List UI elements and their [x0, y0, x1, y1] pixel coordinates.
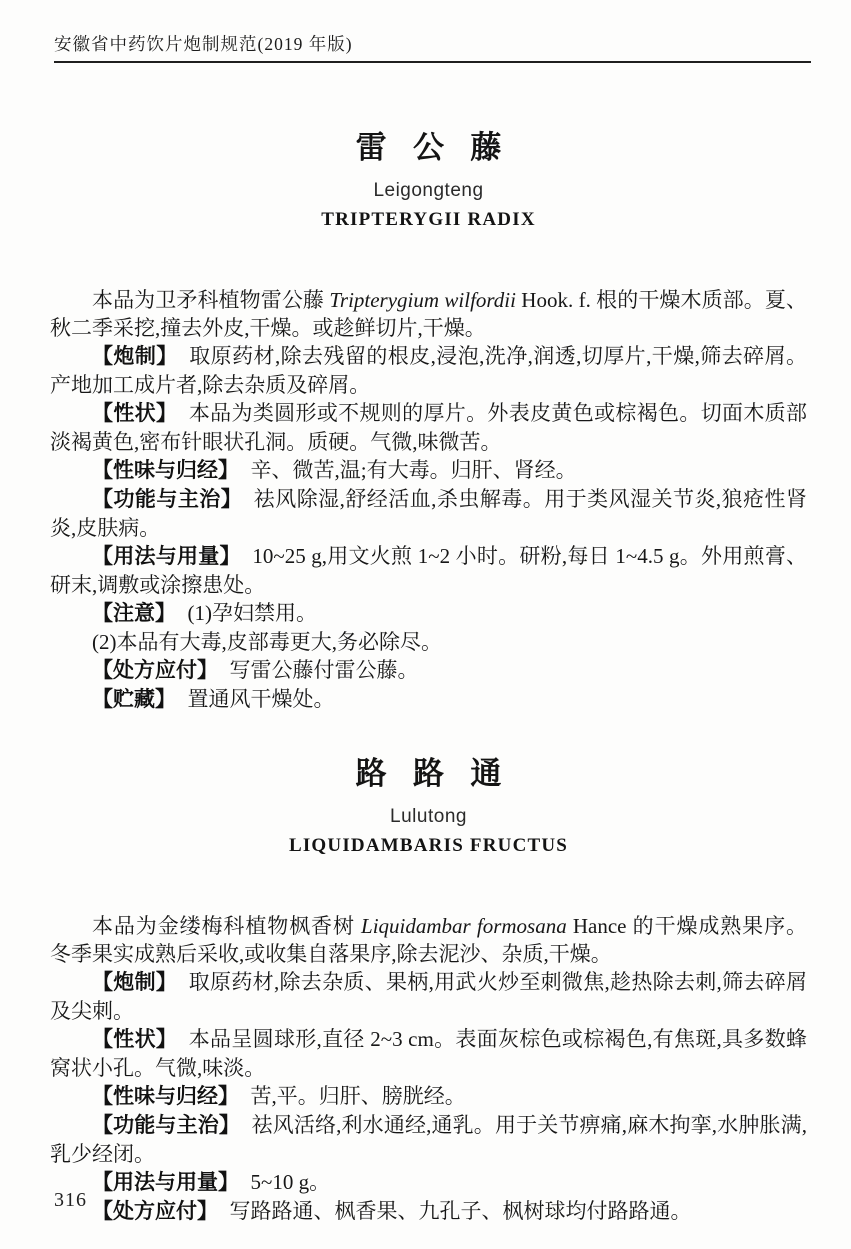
section-label: 【性味与归经】	[92, 459, 239, 482]
header-rule	[54, 61, 811, 63]
paragraph: 【功能与主治】祛风活络,利水通经,通乳。用于关节痹痛,麻木拘挛,水肿胀满,乳少经…	[50, 1111, 807, 1168]
paragraph: 【性状】本品呈圆球形,直径 2~3 cm。表面灰棕色或棕褐色,有焦斑,具多数蜂窝…	[50, 1025, 807, 1082]
document-page: 安徽省中药饮片炮制规范(2019 年版) 雷公藤 Leigongteng TRI…	[0, 0, 851, 1249]
paragraph: 【功能与主治】祛风除湿,舒经活血,杀虫解毒。用于类风湿关节炎,狼疮性肾炎,皮肤病…	[50, 485, 807, 542]
section-label: 【处方应付】	[92, 1200, 218, 1223]
page-header: 安徽省中药饮片炮制规范(2019 年版)	[54, 0, 811, 63]
monograph-title-latin: LIQUIDAMBARIS FRUCTUS	[50, 835, 807, 857]
section-label: 【性状】	[92, 1028, 177, 1051]
paragraph: 【注意】(1)孕妇禁用。	[50, 599, 807, 628]
paragraph-text: 写路路通、枫香果、九孔子、枫树球均付路路通。	[230, 1199, 692, 1223]
section-label: 【注意】	[92, 602, 176, 625]
paragraph-text: 本品为卫矛科植物雷公藤	[92, 288, 329, 312]
paragraph-text: (2)本品有大毒,皮部毒更大,务必除尽。	[92, 630, 442, 654]
monograph-body: 本品为卫矛科植物雷公藤 Tripterygium wilfordii Hook.…	[50, 286, 807, 714]
paragraph-text: 苦,平。归肝、膀胱经。	[251, 1084, 466, 1108]
section-label: 【炮制】	[92, 345, 178, 368]
section-label: 【用法与用量】	[92, 1171, 239, 1194]
monograph-title-pinyin: Leigongteng	[50, 180, 807, 202]
paragraph: 【贮藏】置通风干燥处。	[50, 685, 807, 714]
paragraph-text: 写雷公藤付雷公藤。	[230, 658, 419, 682]
monograph-title-cn: 路路通	[50, 756, 807, 792]
paragraph: 【炮制】取原药材,除去杂质、果柄,用武火炒至刺微焦,趁热除去刺,筛去碎屑及尖刺。	[50, 968, 807, 1025]
page-number: 316	[54, 1189, 87, 1212]
paragraph-text: 本品为金缕梅科植物枫香树	[92, 914, 361, 938]
paragraph: 【处方应付】写雷公藤付雷公藤。	[50, 656, 807, 685]
section-label: 【功能与主治】	[92, 488, 242, 511]
paragraph: 【性味与归经】苦,平。归肝、膀胱经。	[50, 1082, 807, 1111]
paragraph: 【处方应付】写路路通、枫香果、九孔子、枫树球均付路路通。	[50, 1197, 807, 1226]
monograph-leigongteng: 雷公藤 Leigongteng TRIPTERYGII RADIX 本品为卫矛科…	[50, 130, 807, 714]
section-label: 【处方应付】	[92, 659, 218, 682]
section-label: 【用法与用量】	[92, 545, 241, 568]
species-name: Tripterygium wilfordii	[329, 288, 516, 312]
paragraph: 本品为金缕梅科植物枫香树 Liquidambar formosana Hance…	[50, 912, 807, 968]
paragraph-text: 置通风干燥处。	[188, 687, 335, 711]
paragraph-text: 辛、微苦,温;有大毒。归肝、肾经。	[251, 458, 577, 482]
section-label: 【性味与归经】	[92, 1085, 239, 1108]
section-label: 【贮藏】	[92, 688, 176, 711]
paragraph: 【性味与归经】辛、微苦,温;有大毒。归肝、肾经。	[50, 456, 807, 485]
running-head-title: 安徽省中药饮片炮制规范(2019 年版)	[54, 33, 811, 55]
paragraph: 本品为卫矛科植物雷公藤 Tripterygium wilfordii Hook.…	[50, 286, 807, 342]
paragraph: 【炮制】取原药材,除去残留的根皮,浸泡,洗净,润透,切厚片,干燥,筛去碎屑。产地…	[50, 342, 807, 399]
paragraph: (2)本品有大毒,皮部毒更大,务必除尽。	[50, 628, 807, 656]
page-content: 雷公藤 Leigongteng TRIPTERYGII RADIX 本品为卫矛科…	[50, 130, 807, 1226]
monograph-body: 本品为金缕梅科植物枫香树 Liquidambar formosana Hance…	[50, 912, 807, 1226]
paragraph: 【性状】本品为类圆形或不规则的厚片。外表皮黄色或棕褐色。切面木质部淡褐黄色,密布…	[50, 399, 807, 456]
paragraph-text: (1)孕妇禁用。	[188, 601, 318, 625]
species-name: Liquidambar formosana	[361, 914, 567, 938]
paragraph-text: 5~10 g。	[251, 1170, 331, 1194]
section-label: 【炮制】	[92, 971, 177, 994]
section-label: 【功能与主治】	[92, 1114, 240, 1137]
paragraph: 【用法与用量】5~10 g。	[50, 1168, 807, 1197]
monograph-title-cn: 雷公藤	[50, 130, 807, 166]
section-label: 【性状】	[92, 402, 177, 425]
monograph-title-latin: TRIPTERYGII RADIX	[50, 209, 807, 231]
monograph-title-pinyin: Lulutong	[50, 806, 807, 828]
paragraph: 【用法与用量】10~25 g,用文火煎 1~2 小时。研粉,每日 1~4.5 g…	[50, 542, 807, 599]
monograph-lulutong: 路路通 Lulutong LIQUIDAMBARIS FRUCTUS 本品为金缕…	[50, 756, 807, 1226]
